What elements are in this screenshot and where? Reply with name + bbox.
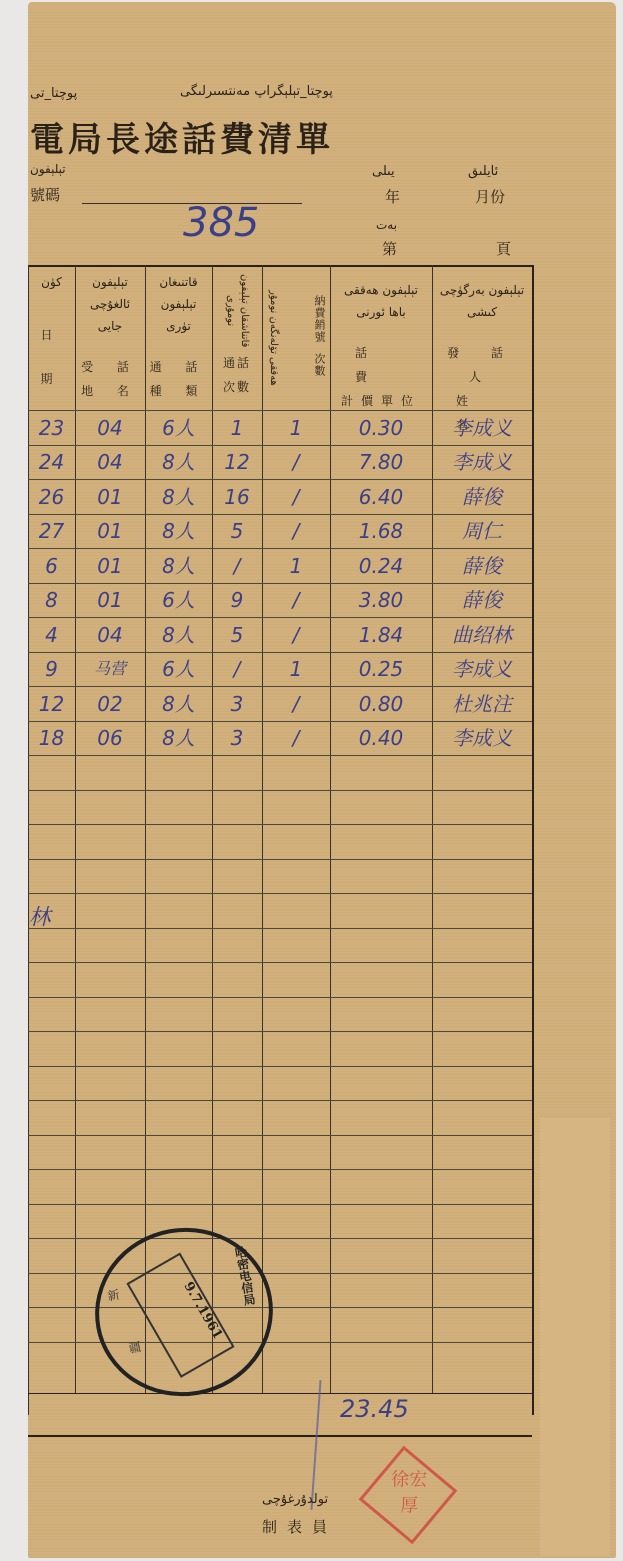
row-line	[28, 1238, 532, 1239]
cell-caller: 薛俊	[432, 549, 532, 583]
cell-caller: 杜兆注	[432, 687, 532, 721]
cell-paid: /	[262, 445, 330, 479]
cell-paid: 1	[262, 411, 330, 445]
row-line	[28, 1169, 532, 1170]
phone-number-handwritten: 385	[183, 200, 259, 246]
header-ug-left: پوچتا_تى	[30, 86, 77, 101]
cell-count: 5	[212, 618, 262, 652]
row-line	[28, 1066, 532, 1067]
cell-count: 16	[212, 480, 262, 514]
cell-paid: /	[262, 514, 330, 548]
cell-caller: 李成义	[432, 652, 532, 686]
row-line	[28, 755, 532, 756]
cell-count: 9	[212, 583, 262, 617]
cell-paid: /	[262, 687, 330, 721]
cell-fee: 1.68	[330, 514, 432, 548]
col-header-type: قاتنىغان تېلېفون تۈرى 通 話 種 類	[145, 265, 212, 410]
cell-day: 8	[28, 583, 75, 617]
row-line	[28, 893, 532, 894]
row-line	[28, 859, 532, 860]
cell-fee: 0.24	[330, 549, 432, 583]
cell-day: 18	[28, 721, 75, 755]
phone-label-cn: 號碼	[30, 184, 60, 205]
title-text: 電局長途話費清單	[30, 120, 334, 160]
cell-caller: 曲绍林	[432, 618, 532, 652]
row-line	[28, 1135, 532, 1136]
cell-day: 9	[28, 652, 75, 686]
cell-fee: 6.40	[330, 480, 432, 514]
cell-type: 8人	[145, 514, 212, 548]
col-header-destination: تېلېفون ئالغۇچى جايى 受 話 地 名	[75, 265, 145, 410]
cell-caller: 李成义	[432, 445, 532, 479]
cell-day: 23	[28, 411, 75, 445]
header-ug-center: پوچتا_تېلېگراپ مەنتسىرلىگى	[180, 84, 333, 99]
cell-caller: 李成义	[432, 721, 532, 755]
cell-dest: 01	[75, 514, 145, 548]
cell-paid: 1	[262, 652, 330, 686]
maker-label-ug: تولدۇرغۇچى	[262, 1492, 328, 1507]
col-header-paid: ھەققى تۆلەنگەن نومۇر 納費銷號 次數	[262, 265, 330, 410]
cell-paid: /	[262, 480, 330, 514]
cell-dest: 04	[75, 618, 145, 652]
cell-count: /	[212, 652, 262, 686]
cell-fee: 1.84	[330, 618, 432, 652]
cell-caller: 薛俊	[432, 583, 532, 617]
cell-type: 8人	[145, 549, 212, 583]
cell-caller: 周仁	[432, 514, 532, 548]
cell-type: 6人	[145, 652, 212, 686]
col-header-caller: تېلېفون بەرگۈچى كىشى 發 話 人 姓 名	[432, 265, 532, 410]
cell-dest: 马营	[75, 652, 145, 686]
page-title: 電局長途話費清單	[30, 112, 334, 161]
row-line	[28, 1273, 532, 1274]
row-line	[28, 1204, 532, 1205]
cell-paid: 1	[262, 549, 330, 583]
cell-paid: /	[262, 618, 330, 652]
table-bottom-border	[28, 1435, 532, 1437]
row-line	[28, 962, 532, 963]
page-label-cn-suffix: 頁	[496, 238, 511, 259]
cell-count: /	[212, 549, 262, 583]
cell-dest: 01	[75, 480, 145, 514]
col-header-day: كۈن 日 期	[28, 265, 75, 410]
year-label-ug: يىلى	[372, 164, 395, 179]
maker-label-cn: 制表員	[262, 1516, 337, 1537]
cell-type: 8人	[145, 618, 212, 652]
table-right-border	[532, 265, 534, 1415]
page-label-ug: بەت	[376, 218, 397, 232]
cell-caller: 薛俊	[432, 480, 532, 514]
cell-paid: /	[262, 583, 330, 617]
cell-day: 26	[28, 480, 75, 514]
cell-day: 24	[28, 445, 75, 479]
cell-dest: 04	[75, 411, 145, 445]
cell-day: 4	[28, 618, 75, 652]
cell-count: 3	[212, 721, 262, 755]
cell-count: 1	[212, 411, 262, 445]
row-line	[28, 824, 532, 825]
row-line	[28, 1100, 532, 1101]
total-amount: 23.45	[340, 1395, 409, 1423]
cell-dest: 06	[75, 721, 145, 755]
cell-fee: 3.80	[330, 583, 432, 617]
cell-count: 5	[212, 514, 262, 548]
month-label-cn: 月份	[475, 186, 505, 207]
month-label-ug: ئايلىق	[468, 164, 498, 179]
cell-day: 27	[28, 514, 75, 548]
row-line	[28, 997, 532, 998]
cell-type: 8人	[145, 687, 212, 721]
cell-day: 12	[28, 687, 75, 721]
cell-paid: /	[262, 721, 330, 755]
cell-fee: 0.30	[330, 411, 432, 445]
cell-fee: 0.40	[330, 721, 432, 755]
paper-fold	[540, 1118, 610, 1556]
cell-caller: 李成义	[432, 411, 532, 445]
cell-dest: 02	[75, 687, 145, 721]
cell-dest: 01	[75, 549, 145, 583]
cell-type: 6人	[145, 411, 212, 445]
cell-count: 12	[212, 445, 262, 479]
postmark-date-box: 9.7.1961	[126, 1252, 234, 1377]
cell-dest: 04	[75, 445, 145, 479]
year-label-cn: 年	[385, 186, 400, 207]
col-header-fee: تېلېفون ھەققى باھا ئورنى 話 費 計價單位	[330, 265, 432, 410]
cell-type: 6人	[145, 583, 212, 617]
postmark-date: 9.7.1961	[143, 1279, 225, 1363]
cell-type: 8人	[145, 480, 212, 514]
row-line	[28, 790, 532, 791]
cell-day: 6	[28, 549, 75, 583]
cell-fee: 0.80	[330, 687, 432, 721]
cell-fee: 0.25	[330, 652, 432, 686]
bill-table: كۈن 日 期 تېلېفون ئالغۇچى جايى 受 話 地 名 قات…	[28, 265, 532, 1415]
row-line	[28, 928, 532, 929]
cell-type: 8人	[145, 721, 212, 755]
page-label-cn-prefix: 第	[382, 238, 397, 259]
cell-fee: 7.80	[330, 445, 432, 479]
postmark-side-2: 疆	[125, 1340, 144, 1355]
cell-dest: 01	[75, 583, 145, 617]
margin-note: 林	[22, 905, 53, 927]
row-line	[28, 1031, 532, 1032]
phone-label-ug: تېلېفون	[30, 162, 66, 176]
cell-type: 8人	[145, 445, 212, 479]
cell-count: 3	[212, 687, 262, 721]
postmark-side-1: 新	[104, 1288, 123, 1303]
seal-text: 徐宏厚	[383, 1467, 435, 1519]
col-header-count: قاتناشقان تېلېفون نومۇرى 通話 次數	[212, 265, 262, 410]
table-total-line	[28, 1393, 532, 1394]
